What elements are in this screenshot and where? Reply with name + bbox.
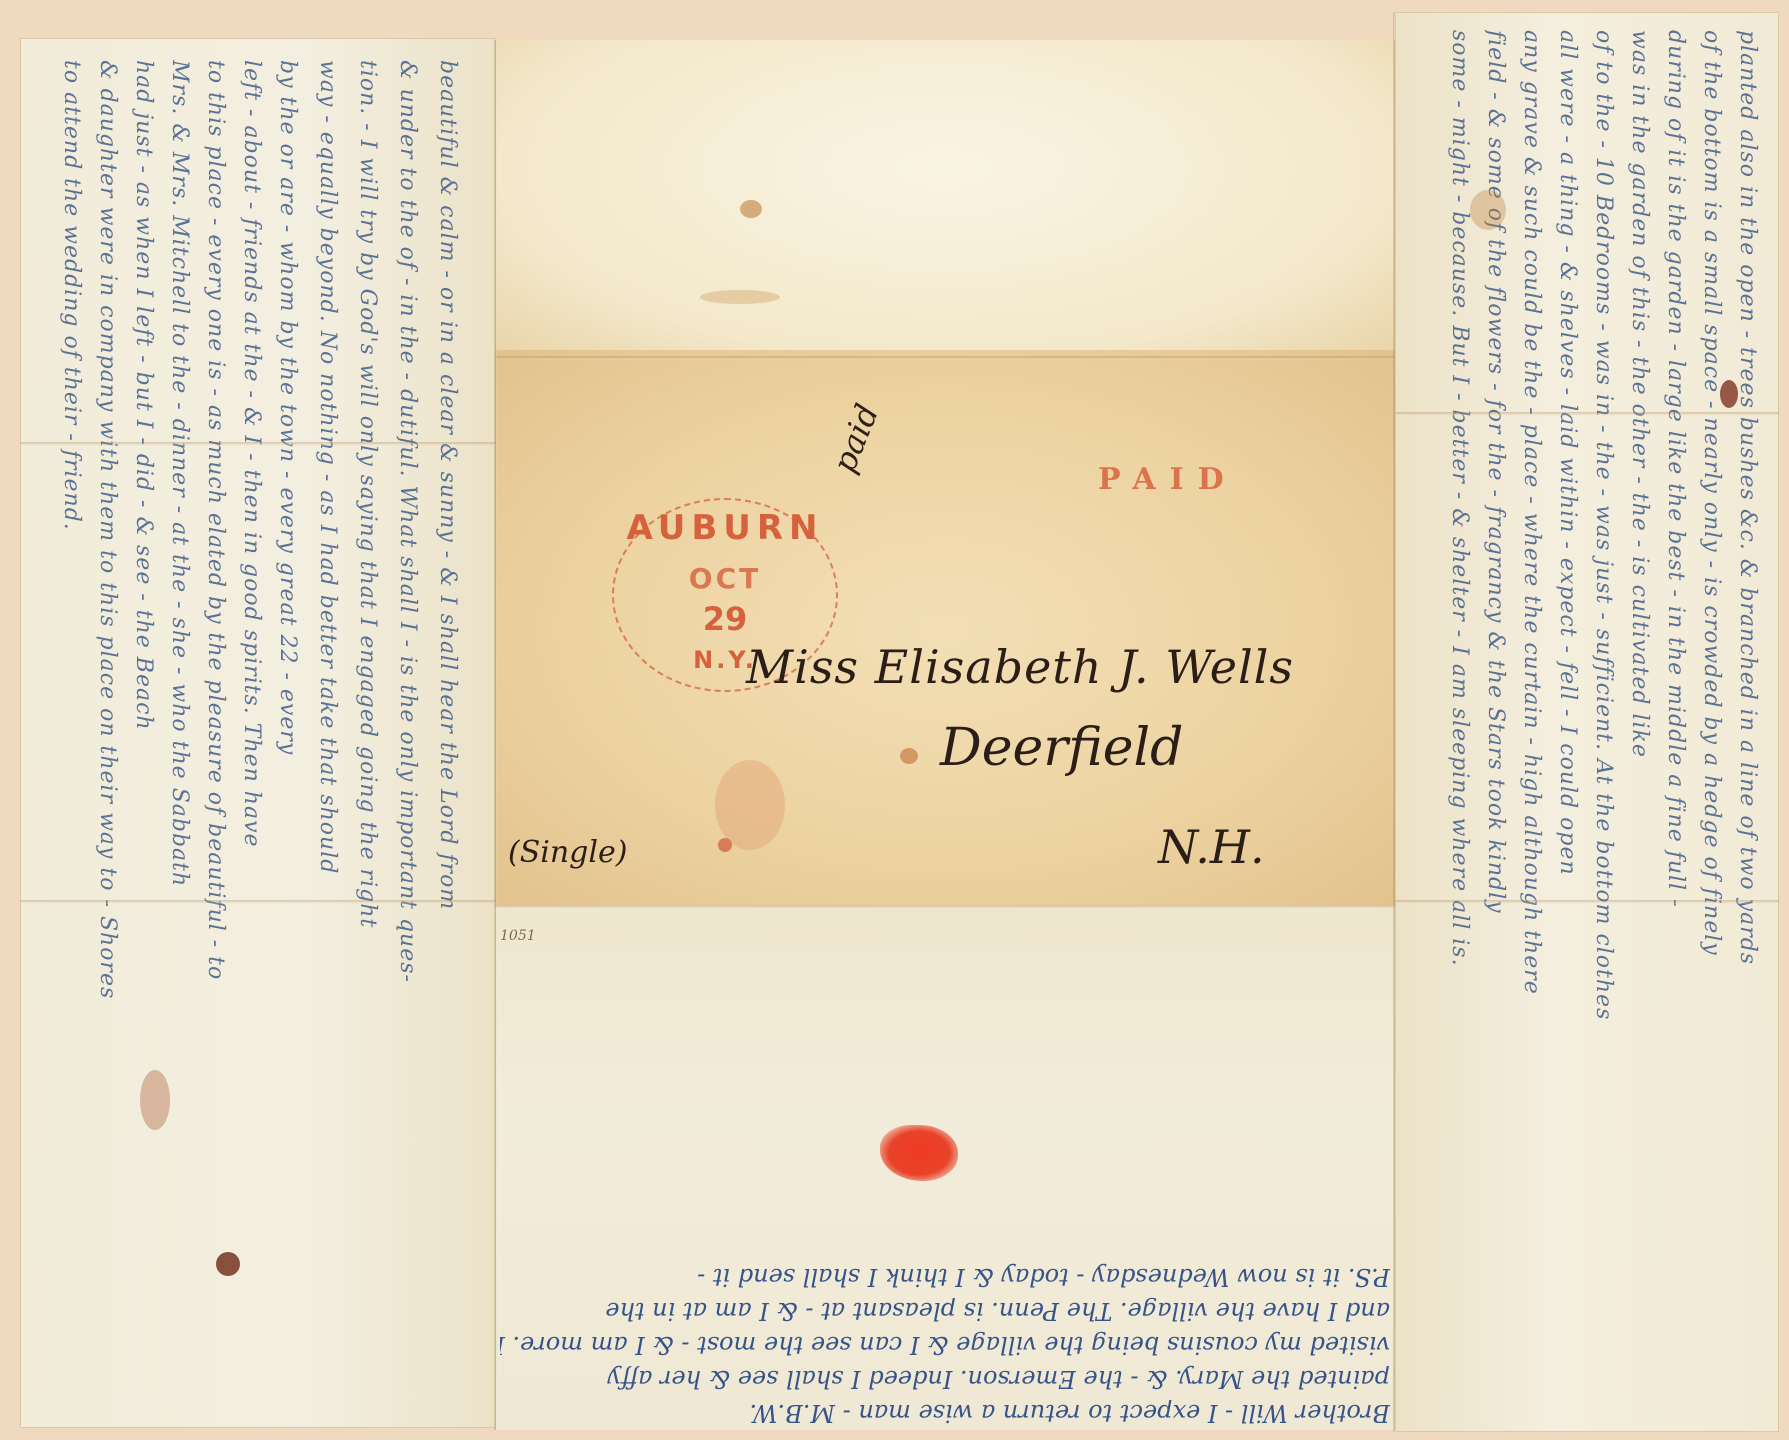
handwriting-line: & daughter were in company with them to … — [92, 60, 120, 1410]
handwriting-line: left - about - friends at the - & I - th… — [236, 60, 264, 1410]
fold-line — [495, 356, 1395, 360]
fold-line — [20, 900, 496, 904]
fold-line — [494, 40, 497, 1430]
handwriting-line: beautiful & calm - or in a clear & sunny… — [432, 60, 460, 1410]
postmark-month: OCT — [614, 562, 836, 595]
fold-line — [1395, 412, 1779, 416]
recipient-town: Deerfield — [940, 718, 1183, 778]
handwriting-line: all were - a thing - & shelves - laid wi… — [1552, 30, 1580, 1410]
handwriting-line: to attend the wedding of their - friend. — [56, 60, 84, 1410]
handwriting-line: was in the garden of this - the other - … — [1624, 30, 1652, 1410]
handwriting-line: planted also in the open - trees bushes … — [1732, 30, 1760, 1410]
postscript-line: painted the Mary. & - the Emerson. Indee… — [500, 1362, 1390, 1396]
handwriting-line: had just - as when I left - but I - did … — [128, 60, 156, 1410]
handwriting-line: Mrs. & Mrs. Mitchell to the - dinner - a… — [164, 60, 192, 1410]
fold-line — [1393, 12, 1396, 1432]
rate-note: (Single) — [508, 835, 627, 870]
left-margin-handwriting: beautiful & calm - or in a clear & sunny… — [40, 60, 480, 1410]
handwriting-line: by the or are - whom by the town - every… — [272, 60, 300, 1410]
handwriting-line: during of it is the garden - large like … — [1660, 30, 1688, 1410]
recipient-state: N.H. — [1158, 820, 1265, 874]
handwriting-line: way - equally beyond. No nothing - as I … — [312, 60, 340, 1410]
fold-line — [1395, 900, 1779, 904]
stain — [740, 200, 762, 218]
stain — [700, 290, 780, 304]
postmark-town: AUBURN — [614, 508, 836, 548]
handwriting-line: some - might - because. But I - better -… — [1444, 30, 1472, 1410]
handwriting-line: tion. - I will try by God's will only sa… — [352, 60, 380, 1410]
recipient-name: Miss Elisabeth J. Wells — [746, 640, 1294, 694]
postscript-line: and I have the village. The Penn. is ple… — [500, 1294, 1390, 1328]
postmark-day: 29 — [614, 600, 836, 638]
handwriting-line: to this place - every one is - as much e… — [200, 60, 228, 1410]
handwriting-line: & under to the of - in the - dutiful. Wh… — [392, 60, 420, 1410]
handwriting-line: of the bottom is a small space - nearly … — [1696, 30, 1724, 1410]
right-margin-handwriting: planted also in the open - trees bushes … — [1410, 30, 1770, 1410]
postscript-line: visited my cousins being the village & I… — [500, 1328, 1390, 1362]
stain — [900, 748, 918, 764]
stain — [140, 1070, 170, 1130]
fold-line — [495, 905, 1395, 909]
top-flap-panel — [495, 40, 1395, 360]
postscript-line: Brother Will - I expect to return a wise… — [500, 1396, 1390, 1430]
postscript-line: P.S. it is now Wednesday - today & I thi… — [500, 1260, 1390, 1294]
fold-line — [20, 442, 496, 446]
stain — [1720, 380, 1738, 408]
stain — [216, 1252, 240, 1276]
handwriting-line: any grave & such could be the - place - … — [1516, 30, 1544, 1410]
handwriting-line: field - & some of the flowers - for the … — [1480, 30, 1508, 1410]
postscript: Brother Will - I expect to return a wise… — [500, 1230, 1390, 1430]
paid-stamp: PAID — [1098, 462, 1238, 497]
handwriting-line: of to the - 10 Bedrooms - was in - the -… — [1588, 30, 1616, 1410]
stain — [715, 760, 785, 850]
letter-sheet: beautiful & calm - or in a clear & sunny… — [0, 0, 1789, 1440]
pencil-note: 1051 — [500, 928, 536, 944]
stain — [1470, 190, 1506, 230]
